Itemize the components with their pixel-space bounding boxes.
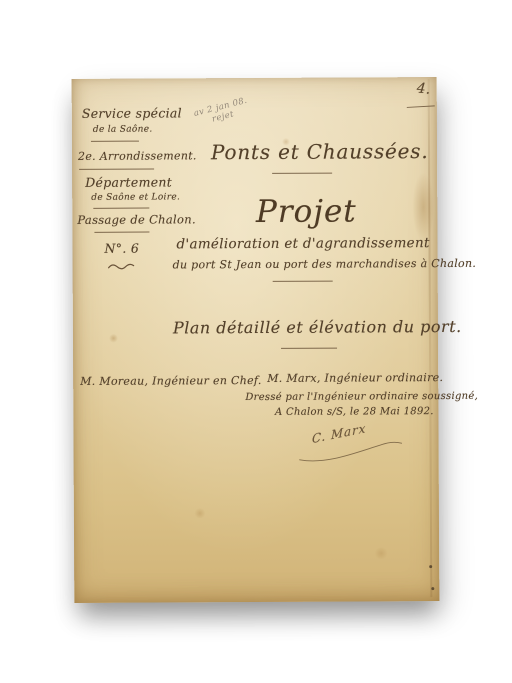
administration-underline [272,173,332,174]
ordinary-engineer-name: M. Marx, Ingénieur ordinaire. [267,371,443,385]
pencil-annotation: av 2 jan 08. rejet [190,95,253,129]
chief-engineer-name: M. Moreau, Ingénieur en Chef. [80,374,262,388]
margin-departement-underline [93,208,149,209]
plan-section-underline [281,348,337,349]
page-number: 4. [411,80,436,98]
margin-departement-line1: Département [85,174,172,189]
project-title-underline [273,281,333,282]
foxing-spot [374,547,388,559]
plan-section-title: Plan détaillé et élévation du port. [173,317,431,337]
margin-arrondissement-underline [79,169,154,170]
paper-fold-line [428,79,432,597]
ink-speck [429,565,432,568]
project-subtitle-line1: d'amélioration et d'agrandissement [176,235,408,252]
margin-passage-underline [94,232,149,233]
manuscript-page: 4. av 2 jan 08. rejet Service spécial de… [72,77,440,603]
margin-service-line2: de la Saône. [93,125,153,135]
margin-arrondissement: 2e. Arrondissement. [78,149,197,163]
administration-title: Ponts et Chaussées. [211,139,389,164]
foxing-spot [109,334,118,343]
margin-departement-line2: de Saône et Loire. [91,192,180,202]
attestation-line2: A Chalon s/S, le 28 Mai 1892. [273,406,435,418]
scan-background: 4. av 2 jan 08. rejet Service spécial de… [0,0,512,683]
foxing-spot [194,508,206,518]
signature-flourish [296,437,406,464]
page-number-underline [407,105,435,108]
margin-service-line1: Service spécial [82,105,182,121]
ink-speck [431,587,434,590]
margin-passage: Passage de Chalon. [77,212,196,227]
project-title: Projet [226,193,386,230]
numero-flourish [108,262,136,271]
margin-service-underline [91,141,139,142]
project-subtitle-line2: du port St Jean ou port des marchandises… [173,257,409,271]
margin-numero: N°. 6 [104,241,139,256]
edge-stain [412,172,434,242]
attestation-line1: Dressé par l'Ingénieur ordinaire soussig… [245,391,437,403]
